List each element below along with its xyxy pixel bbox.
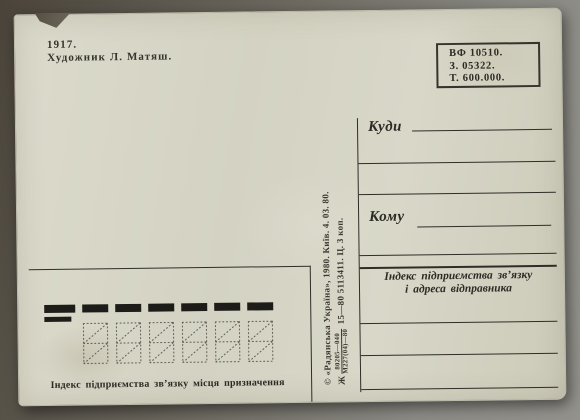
- destination-index-caption: Індекс підприємства зв’язку місця призна…: [30, 377, 305, 391]
- address-line: [358, 161, 555, 164]
- index-digit-cell: [181, 303, 208, 363]
- sender-line: [361, 387, 558, 390]
- digit-stencil-icon: [181, 321, 208, 363]
- postcard-back: 1917. Художник Л. Матяш. ВФ 10510. З. 05…: [14, 8, 567, 407]
- index-digit-cell: [82, 304, 109, 364]
- index-digit-cell: [214, 303, 241, 363]
- print-order-line: Ж80205—040М227(04)—80 15—80 5113411. Ц. …: [331, 120, 349, 385]
- index-digit-cell: [247, 302, 274, 362]
- sender-caption-line2: і адреса відправника: [360, 282, 557, 297]
- index-reference-mark: [44, 305, 75, 322]
- digit-top-bar-icon: [181, 303, 207, 311]
- fraction-top: 80205—040: [334, 333, 341, 370]
- sender-line: [361, 353, 558, 356]
- digit-top-bar-icon: [214, 303, 240, 311]
- order-number-line: З. 05322.: [449, 59, 538, 73]
- print-order-prefix: Ж: [337, 376, 347, 385]
- order-fraction: 80205—040М227(04)—80: [334, 329, 350, 374]
- to-where-label: Куди: [368, 119, 402, 136]
- digit-top-bar-icon: [247, 302, 273, 310]
- address-line: [360, 253, 557, 256]
- print-info-box: ВФ 10510. З. 05322. Т. 600.000.: [436, 42, 541, 88]
- index-digit-cell: [115, 304, 142, 364]
- to-where-line: [412, 129, 552, 132]
- sender-line: [360, 321, 557, 324]
- digit-stencil-icon: [115, 322, 142, 364]
- to-whom-line: [417, 225, 551, 228]
- reference-bar-icon: [44, 317, 71, 322]
- destination-index-section: Індекс підприємства зв’язку місця призна…: [29, 266, 313, 405]
- fraction-bottom: М227(04)—80: [341, 329, 350, 374]
- print-order-suffix: 15—80 5113411. Ц. 3 коп.: [335, 218, 346, 325]
- digit-stencil-icon: [247, 320, 274, 362]
- address-block: Куди Кому Індекс підприємства зв’язку і …: [357, 116, 558, 392]
- torn-corner: [35, 13, 71, 28]
- to-whom-label: Кому: [369, 209, 405, 226]
- artist-credit: 1917. Художник Л. Матяш.: [47, 37, 173, 65]
- print-code-line: ВФ 10510.: [449, 47, 538, 61]
- digit-stencil-icon: [148, 321, 175, 363]
- digit-top-bar-icon: [115, 304, 141, 312]
- digit-top-bar-icon: [82, 304, 108, 312]
- address-line: [359, 192, 556, 195]
- digit-stencil-icon: [82, 322, 109, 364]
- postal-index-marks: [44, 302, 274, 365]
- imprint-colophon: © «Радянська Україна», 1980. Київ. 4. 03…: [317, 120, 348, 385]
- artist-name-text: Художник Л. Матяш.: [47, 50, 172, 65]
- digit-stencil-icon: [214, 321, 241, 363]
- digit-top-bar-icon: [148, 303, 174, 311]
- print-run-line: Т. 600.000.: [449, 72, 538, 86]
- index-digit-cell: [148, 303, 175, 363]
- reference-bar-icon: [44, 305, 75, 313]
